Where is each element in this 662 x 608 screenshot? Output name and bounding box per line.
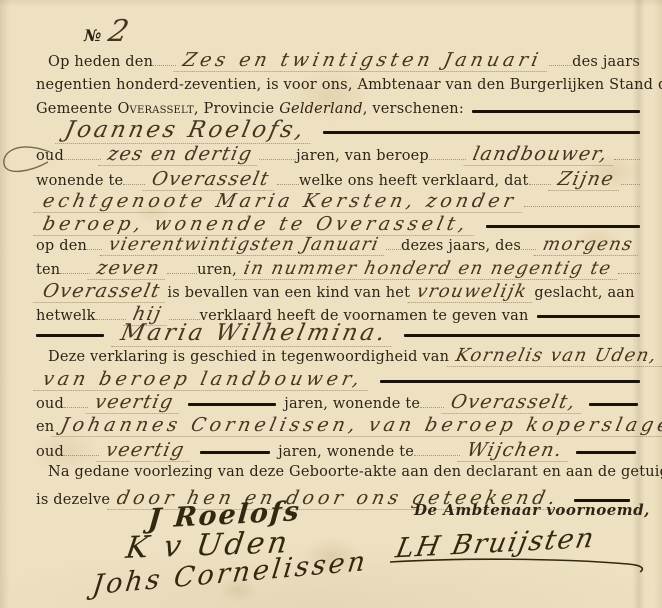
province-name: Gelderland <box>274 101 363 117</box>
is-dezelve-label: is dezelve <box>36 492 110 508</box>
birth-date-handwritten: vierentwintigsten Januari <box>100 234 389 256</box>
witness2-line: en Johannes Cornelissen, van beroep kope… <box>36 414 640 437</box>
mother-name-handwritten: echtgenoote Maria Kersten, zonder <box>34 190 527 213</box>
birth-place-line: Overasselt is bevallen van een kind van … <box>36 280 640 303</box>
filler-rule <box>200 451 270 454</box>
declarant-name-handwritten: Joannes Roelofs, <box>55 117 315 144</box>
year-line-text: negentien honderd-zeventien, is voor ons… <box>36 77 640 93</box>
witness2-detail-handwritten: Johannes Cornelissen, van beroep kopersl… <box>52 414 662 437</box>
dotted-fill <box>621 182 640 185</box>
municipality-pre: Gemeente <box>36 101 112 117</box>
witness2-age-line: oud veertig jaren, wonende te Wijchen. <box>36 439 640 462</box>
opening-pre-text: Op heden den <box>36 54 153 70</box>
filler-rule <box>537 315 640 318</box>
act-number-value: 2 <box>98 14 142 49</box>
birth-certificate-document: № 2 Op heden den Zes en twintigsten Janu… <box>0 0 662 608</box>
filler-rule <box>472 110 640 113</box>
filler-rule <box>486 225 640 228</box>
opening-date-line: Op heden den Zes en twintigsten Januari … <box>36 49 640 72</box>
declarant-name-line: Joannes Roelofs, <box>58 117 640 144</box>
municipality-post: , verschenen: <box>363 101 464 117</box>
dotted-fill <box>429 157 466 160</box>
filler-rule <box>589 403 638 406</box>
dezes-jaars-label: dezes jaars, des <box>401 238 521 254</box>
birth-place-handwritten: Overasselt <box>34 280 170 303</box>
child-name-handwritten: Maria Wilhelmina. <box>111 320 397 347</box>
ten-label: ten <box>36 262 60 278</box>
birth-hour-handwritten: zeven <box>88 257 170 280</box>
witness1-age-handwritten: veertig <box>85 391 183 414</box>
dotted-fill <box>64 157 101 160</box>
act-number-line: № 2 <box>84 14 138 49</box>
witness2-residence-handwritten: Wijchen. <box>458 439 572 462</box>
birthdate-label: op den <box>36 238 87 254</box>
birth-date-line: op den vierentwintigsten Januari dezes j… <box>36 234 640 256</box>
filler-rule <box>576 451 637 454</box>
declarant-residence-line: wonende te Overasselt welke ons heeft ve… <box>36 168 640 191</box>
dotted-fill <box>60 271 90 274</box>
residence-label: jaren, wonende te <box>284 396 420 412</box>
birth-time-line: ten zeven uren, in nummer honderd en neg… <box>36 257 640 280</box>
dotted-fill <box>529 182 551 185</box>
dotted-fill <box>618 271 640 274</box>
filler-rule <box>323 131 640 134</box>
dotted-fill <box>277 182 299 185</box>
dotted-fill <box>64 405 88 408</box>
year-line: negentien honderd-zeventien, is voor ons… <box>36 77 640 93</box>
dotted-fill <box>123 182 145 185</box>
mother-name-line: echtgenoote Maria Kersten, zonder <box>36 190 640 213</box>
age-label: oud <box>36 396 64 412</box>
closing-line-1: Na gedane voorlezing van deze Geboorte-a… <box>36 464 640 480</box>
witness-intro-text: Deze verklaring is geschied in tegenwoor… <box>36 349 449 365</box>
zijne-handwritten: Zijne <box>548 168 623 191</box>
dotted-fill <box>414 453 460 456</box>
declarant-occupation-handwritten: landbouwer, <box>463 143 617 166</box>
dotted-fill <box>521 247 536 250</box>
dotted-fill <box>64 453 99 456</box>
gender-handwritten: vrouwelijk <box>408 281 537 303</box>
dotted-fill <box>614 157 640 160</box>
dotted-fill <box>524 204 640 207</box>
filler-rule <box>404 334 640 337</box>
margin-flourish <box>0 138 52 198</box>
official-signature-flourish <box>388 556 650 580</box>
residence-label: jaren, wonende te <box>278 444 414 460</box>
witness2-age-handwritten: veertig <box>97 439 195 462</box>
bevallen-text: is bevallen van een kind van het <box>167 285 410 301</box>
witness1-residence-handwritten: Overasselt, <box>441 391 585 414</box>
age-label: oud <box>36 444 64 460</box>
filler-rule <box>380 380 640 383</box>
witness1-age-line: oud veertig jaren, wonende te Overasselt… <box>36 391 640 414</box>
dotted-fill <box>167 271 197 274</box>
occupation-label: jaren, van beroep <box>296 148 429 164</box>
dotted-fill <box>153 63 176 66</box>
witness1-occupation-handwritten: van beroep landbouwer, <box>34 368 373 391</box>
dotted-fill <box>259 157 296 160</box>
declarant-residence-handwritten: Overasselt <box>143 168 279 191</box>
municipality-name: Overasselt <box>112 101 193 117</box>
dotted-fill <box>386 247 401 250</box>
dotted-fill <box>87 247 102 250</box>
time-of-day-handwritten: morgens <box>534 234 643 256</box>
filler-rule <box>188 403 276 406</box>
uren-label: uren, <box>197 262 237 278</box>
opening-post-text: des jaars <box>572 54 640 70</box>
declarant-age-handwritten: zes en dertig <box>98 143 261 166</box>
municipality-mid: , Provincie <box>194 101 274 117</box>
filler-rule <box>36 334 104 337</box>
birth-address-handwritten: in nummer honderd en negentig te <box>235 258 621 280</box>
official-title: De Ambtenaar voornoemd, <box>414 501 650 519</box>
act-date-handwritten: Zes en twintigsten Januari <box>174 49 552 72</box>
mother-residence-handwritten: beroep, wonende te Overasselt, <box>34 213 479 236</box>
declarant-age-line: oud zes en dertig jaren, van beroep land… <box>36 143 640 166</box>
child-name-line: Maria Wilhelmina. <box>36 320 640 347</box>
mother-residence-line: beroep, wonende te Overasselt, <box>36 213 640 236</box>
witness1-occupation-line: van beroep landbouwer, <box>36 368 640 391</box>
witness-intro-line: Deze verklaring is geschied in tegenwoor… <box>36 345 640 367</box>
geslacht-text: geslacht, aan <box>534 285 634 301</box>
witness1-name-handwritten: Kornelis van Uden, <box>447 345 662 367</box>
dotted-fill <box>420 405 444 408</box>
municipality-line: Gemeente Overasselt , Provincie Gelderla… <box>36 101 640 117</box>
closing-line-1-text: Na gedane voorlezing van deze Geboorte-a… <box>36 464 652 480</box>
declared-label: welke ons heeft verklaard, dat <box>299 173 529 189</box>
dotted-fill <box>549 63 572 66</box>
